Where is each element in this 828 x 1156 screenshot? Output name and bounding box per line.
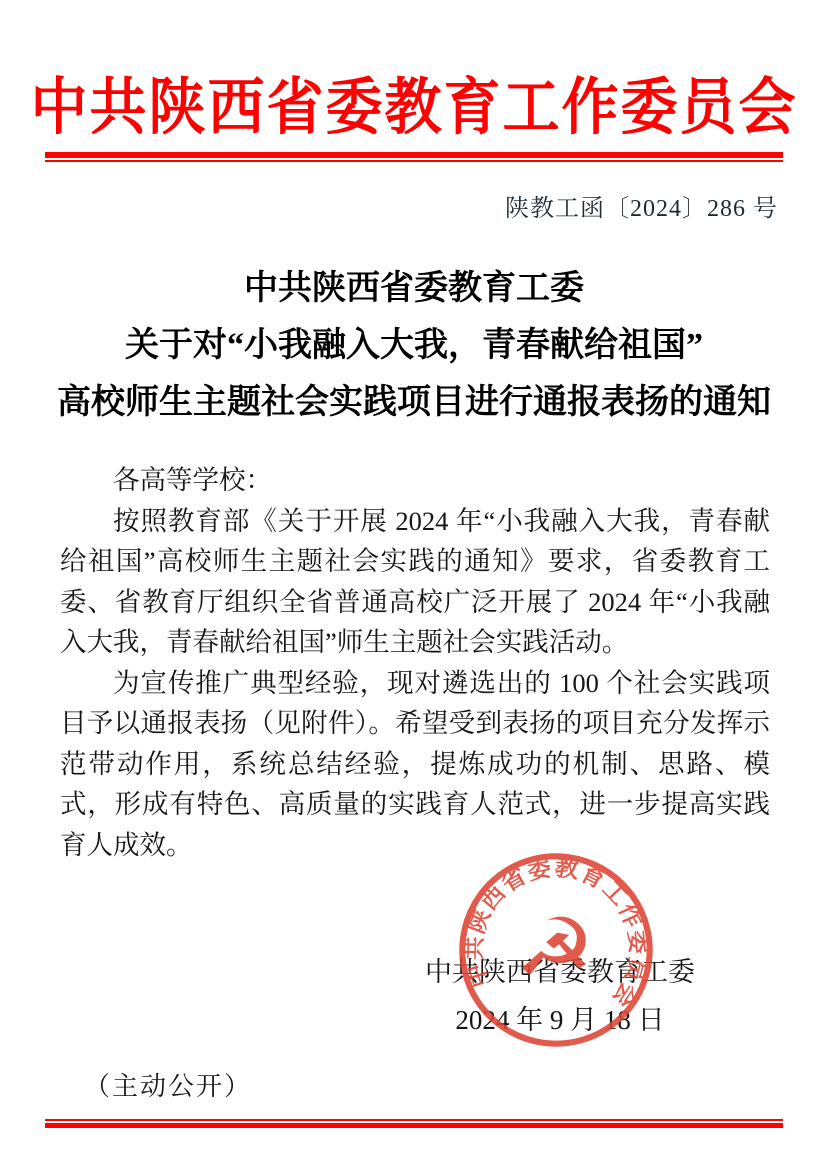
letterhead-rule-thin bbox=[45, 160, 783, 162]
body-paragraph-1: 按照教育部《关于开展 2024 年“小我融入大我，青春献给祖国”高校师生主题社会… bbox=[60, 501, 770, 663]
document-title-line-1: 中共陕西省委教育工委 bbox=[30, 260, 798, 317]
letterhead-rule bbox=[45, 152, 783, 162]
document-body: 各高等学校： 按照教育部《关于开展 2024 年“小我融入大我，青春献给祖国”高… bbox=[60, 460, 770, 865]
salutation: 各高等学校： bbox=[60, 460, 770, 501]
disclosure-note: （主动公开） bbox=[84, 1066, 252, 1103]
document-title-line-2: 关于对“小我融入大我，青春献给祖国” bbox=[30, 317, 798, 374]
footer-rule-thick bbox=[45, 1123, 783, 1128]
footer-rule bbox=[45, 1119, 783, 1128]
signature-date: 2024 年 9 月 18 日 bbox=[420, 996, 700, 1044]
letterhead-agency-title: 中共陕西省委教育工作委员会 bbox=[0, 58, 828, 147]
document-title: 中共陕西省委教育工委 关于对“小我融入大我，青春献给祖国” 高校师生主题社会实践… bbox=[30, 260, 798, 431]
body-paragraph-2: 为宣传推广典型经验，现对遴选出的 100 个社会实践项目予以通报表扬（见附件）。… bbox=[60, 663, 770, 866]
document-number: 陕教工函〔2024〕286 号 bbox=[505, 188, 778, 223]
signature-issuer: 中共陕西省委教育工委 bbox=[420, 948, 700, 996]
signature-block: 中共陕西省委教育工委 2024 年 9 月 18 日 bbox=[420, 948, 700, 1044]
document-title-line-3: 高校师生主题社会实践项目进行通报表扬的通知 bbox=[30, 374, 798, 431]
document-page: 中共陕西省委教育工作委员会 陕教工函〔2024〕286 号 中共陕西省委教育工委… bbox=[0, 0, 828, 1156]
